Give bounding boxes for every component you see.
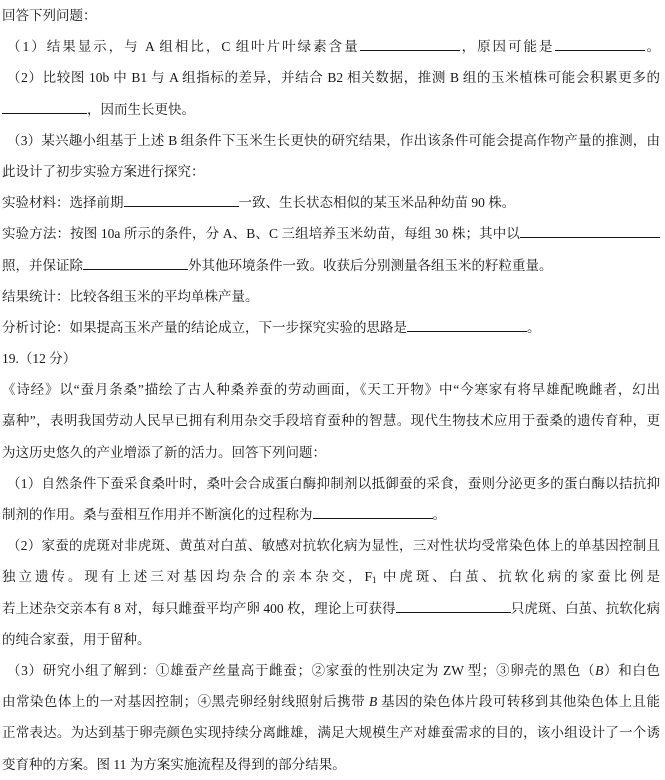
text-segment: 外其他环境条件一致。收获后分别测量各组玉米的籽粒重量。 [188, 258, 553, 273]
text-segment: 结果统计：比较各组玉米的平均单株产量。 [2, 289, 259, 304]
answer-blank [407, 319, 527, 332]
text-segment: 独立遗传。现有上述三对基因均杂合的亲本杂交，F [2, 569, 372, 584]
answer-blank [124, 194, 239, 207]
text-segment: 为这历史悠久的产业增添了新的活力。回答下列问题： [2, 445, 326, 460]
text-segment: 19.（12 分） [2, 351, 76, 366]
q18-statistics: 结果统计：比较各组玉米的平均单株产量。 [2, 281, 660, 312]
q19-intro-line3: 为这历史悠久的产业增添了新的活力。回答下列问题： [2, 437, 660, 468]
document-body: 回答下列问题：（1）结果显示，与 A 组相比，C 组叶片叶绿素含量，原因可能是。… [0, 0, 665, 780]
text-segment: 实验材料：选择前期 [2, 195, 124, 210]
q19-header: 19.（12 分） [2, 343, 660, 374]
q18-discussion: 分析讨论：如果提高玉米产量的结论成立，下一步探究实验的思路是。 [2, 312, 660, 343]
text-segment: 只虎斑、白茧、抗软化病 [511, 601, 660, 616]
q19-sub3-line3: 正常表达。为达到基于卵壳颜色实现持续分离雌雄，满足大规模生产对雄蚕需求的目的，该… [2, 717, 660, 748]
answer-blank [313, 506, 433, 519]
answer-blank [396, 600, 511, 613]
answer-blank [555, 38, 645, 51]
q19-sub2-line1: （2）家蚕的虎斑对非虎斑、黄茧对白茧、敏感对抗软化病为显性，三对性状均受常染色体… [2, 530, 660, 561]
answer-blank [520, 225, 660, 238]
answer-blank [83, 257, 188, 270]
q18-method-line1: 实验方法：按图 10a 所示的条件，分 A、B、C 三组培养玉米幼苗，每组 30… [2, 218, 660, 249]
q19-sub2-line2: 独立遗传。现有上述三对基因均杂合的亲本杂交，F1 中虎斑、白茧、抗软化病的家蚕比… [2, 561, 660, 592]
q19-sub3-line1: （3）研究小组了解到：①雄蚕产丝量高于雌蚕；②家蚕的性别决定为 ZW 型；③卵壳… [2, 655, 660, 686]
text-segment: 回答下列问题： [2, 8, 97, 23]
text-segment: 此设计了初步实验方案进行探究： [2, 164, 205, 179]
q19-sub1-line2: 制剂的作用。桑与蚕相互作用并不断演化的过程称为。 [2, 499, 660, 530]
q19-sub2-line4: 的纯合家蚕，用于留种。 [2, 624, 660, 655]
q19-intro-line1: 《诗经》以“蚕月条桑”描绘了古人种桑养蚕的劳动画面，《天工开物》中“今寒家有将早… [2, 374, 660, 405]
text-segment: 的纯合家蚕，用于留种。 [2, 632, 151, 647]
text-segment: （3）某兴趣小组基于上述 B 组条件下玉米生长更快的研究结果，作出该条件可能会提… [7, 133, 660, 148]
text-segment: ，因而生长更快。 [87, 102, 195, 117]
text-segment: （1）结果显示，与 A 组相比，C 组叶片叶绿素含量 [7, 39, 360, 54]
text-segment: 由常染色体上的一对基因控制；④黑壳卵经射线照射后携带 [2, 694, 369, 709]
text-segment: 分析讨论：如果提高玉米产量的结论成立，下一步探究实验的思路是 [2, 320, 407, 335]
q19-sub2-line3: 若上述杂交亲本有 8 对，每只雌蚕平均产卵 400 枚，理论上可获得只虎斑、白茧… [2, 593, 660, 624]
text-segment: 实验方法：按图 10a 所示的条件，分 A、B、C 三组培养玉米幼苗，每组 30… [2, 226, 520, 241]
text-segment: 若上述杂交亲本有 8 对，每只雌蚕平均产卵 400 枚，理论上可获得 [2, 601, 396, 616]
text-segment: （2）比较图 10b 中 B1 与 A 组指标的差异，并结合 B2 相关数据，推… [7, 70, 660, 85]
q18-materials: 实验材料：选择前期一致、生长状态相似的某玉米品种幼苗 90 株。 [2, 187, 660, 218]
q18-sub2-line2: ，因而生长更快。 [2, 94, 660, 125]
text-segment: 《诗经》以“蚕月条桑”描绘了古人种桑养蚕的劳动画面，《天工开物》中“今寒家有将早… [2, 382, 660, 397]
text-segment: （3）研究小组了解到：①雄蚕产丝量高于雌蚕；②家蚕的性别决定为 ZW 型；③卵壳… [7, 663, 595, 678]
text-segment: 一致、生长状态相似的某玉米品种幼苗 90 株。 [239, 195, 516, 210]
text-segment: 基因的染色体片段可转移到其他染色体上且能 [377, 694, 660, 709]
q19-sub3-line2: 由常染色体上的一对基因控制；④黑壳卵经射线照射后携带 B 基因的染色体片段可转移… [2, 686, 660, 717]
text-segment: 。 [433, 507, 447, 522]
answer-blank [360, 38, 460, 51]
q18-sub3-line1: （3）某兴趣小组基于上述 B 组条件下玉米生长更快的研究结果，作出该条件可能会提… [2, 125, 660, 156]
text-segment: 。 [527, 320, 541, 335]
text-segment: ，原因可能是 [460, 39, 555, 54]
q18-answer-prompt: 回答下列问题： [2, 0, 660, 31]
q19-sub3-line4: 变育种的方案。图 11 为方案实施流程及得到的部分结果。 [2, 749, 660, 780]
q18-sub2-line1: （2）比较图 10b 中 B1 与 A 组指标的差异，并结合 B2 相关数据，推… [2, 62, 660, 93]
text-segment: 正常表达。为达到基于卵壳颜色实现持续分离雌雄，满足大规模生产对雄蚕需求的目的，该… [2, 725, 660, 740]
text-segment: 制剂的作用。桑与蚕相互作用并不断演化的过程称为 [2, 507, 313, 522]
answer-blank [2, 101, 87, 114]
text-segment: 变育种的方案。图 11 为方案实施流程及得到的部分结果。 [2, 757, 346, 772]
text-segment: 中虎斑、白茧、抗软化病的家蚕比例是 [377, 569, 660, 584]
q19-sub1-line1: （1）自然条件下蚕采食桑叶时，桑叶会合成蛋白酶抑制剂以抵御蚕的采食，蚕则分泌更多… [2, 468, 660, 499]
text-segment: （1）自然条件下蚕采食桑叶时，桑叶会合成蛋白酶抑制剂以抵御蚕的采食，蚕则分泌更多… [7, 476, 660, 491]
text-segment: （2）家蚕的虎斑对非虎斑、黄茧对白茧、敏感对抗软化病为显性，三对性状均受常染色体… [7, 538, 660, 553]
q18-method-line2: 照，并保证除外其他环境条件一致。收获后分别测量各组玉米的籽粒重量。 [2, 250, 660, 281]
text-segment: 照，并保证除 [2, 258, 83, 273]
text-segment: 。 [645, 39, 660, 54]
q19-intro-line2: 嘉种”，表明我国劳动人民早已拥有利用杂交手段培育蚕种的智慧。现代生物技术应用于蚕… [2, 405, 660, 436]
q18-sub1: （1）结果显示，与 A 组相比，C 组叶片叶绿素含量，原因可能是。 [2, 31, 660, 62]
text-segment: 嘉种”，表明我国劳动人民早已拥有利用杂交手段培育蚕种的智慧。现代生物技术应用于蚕… [2, 413, 660, 428]
q18-sub3-line2: 此设计了初步实验方案进行探究： [2, 156, 660, 187]
